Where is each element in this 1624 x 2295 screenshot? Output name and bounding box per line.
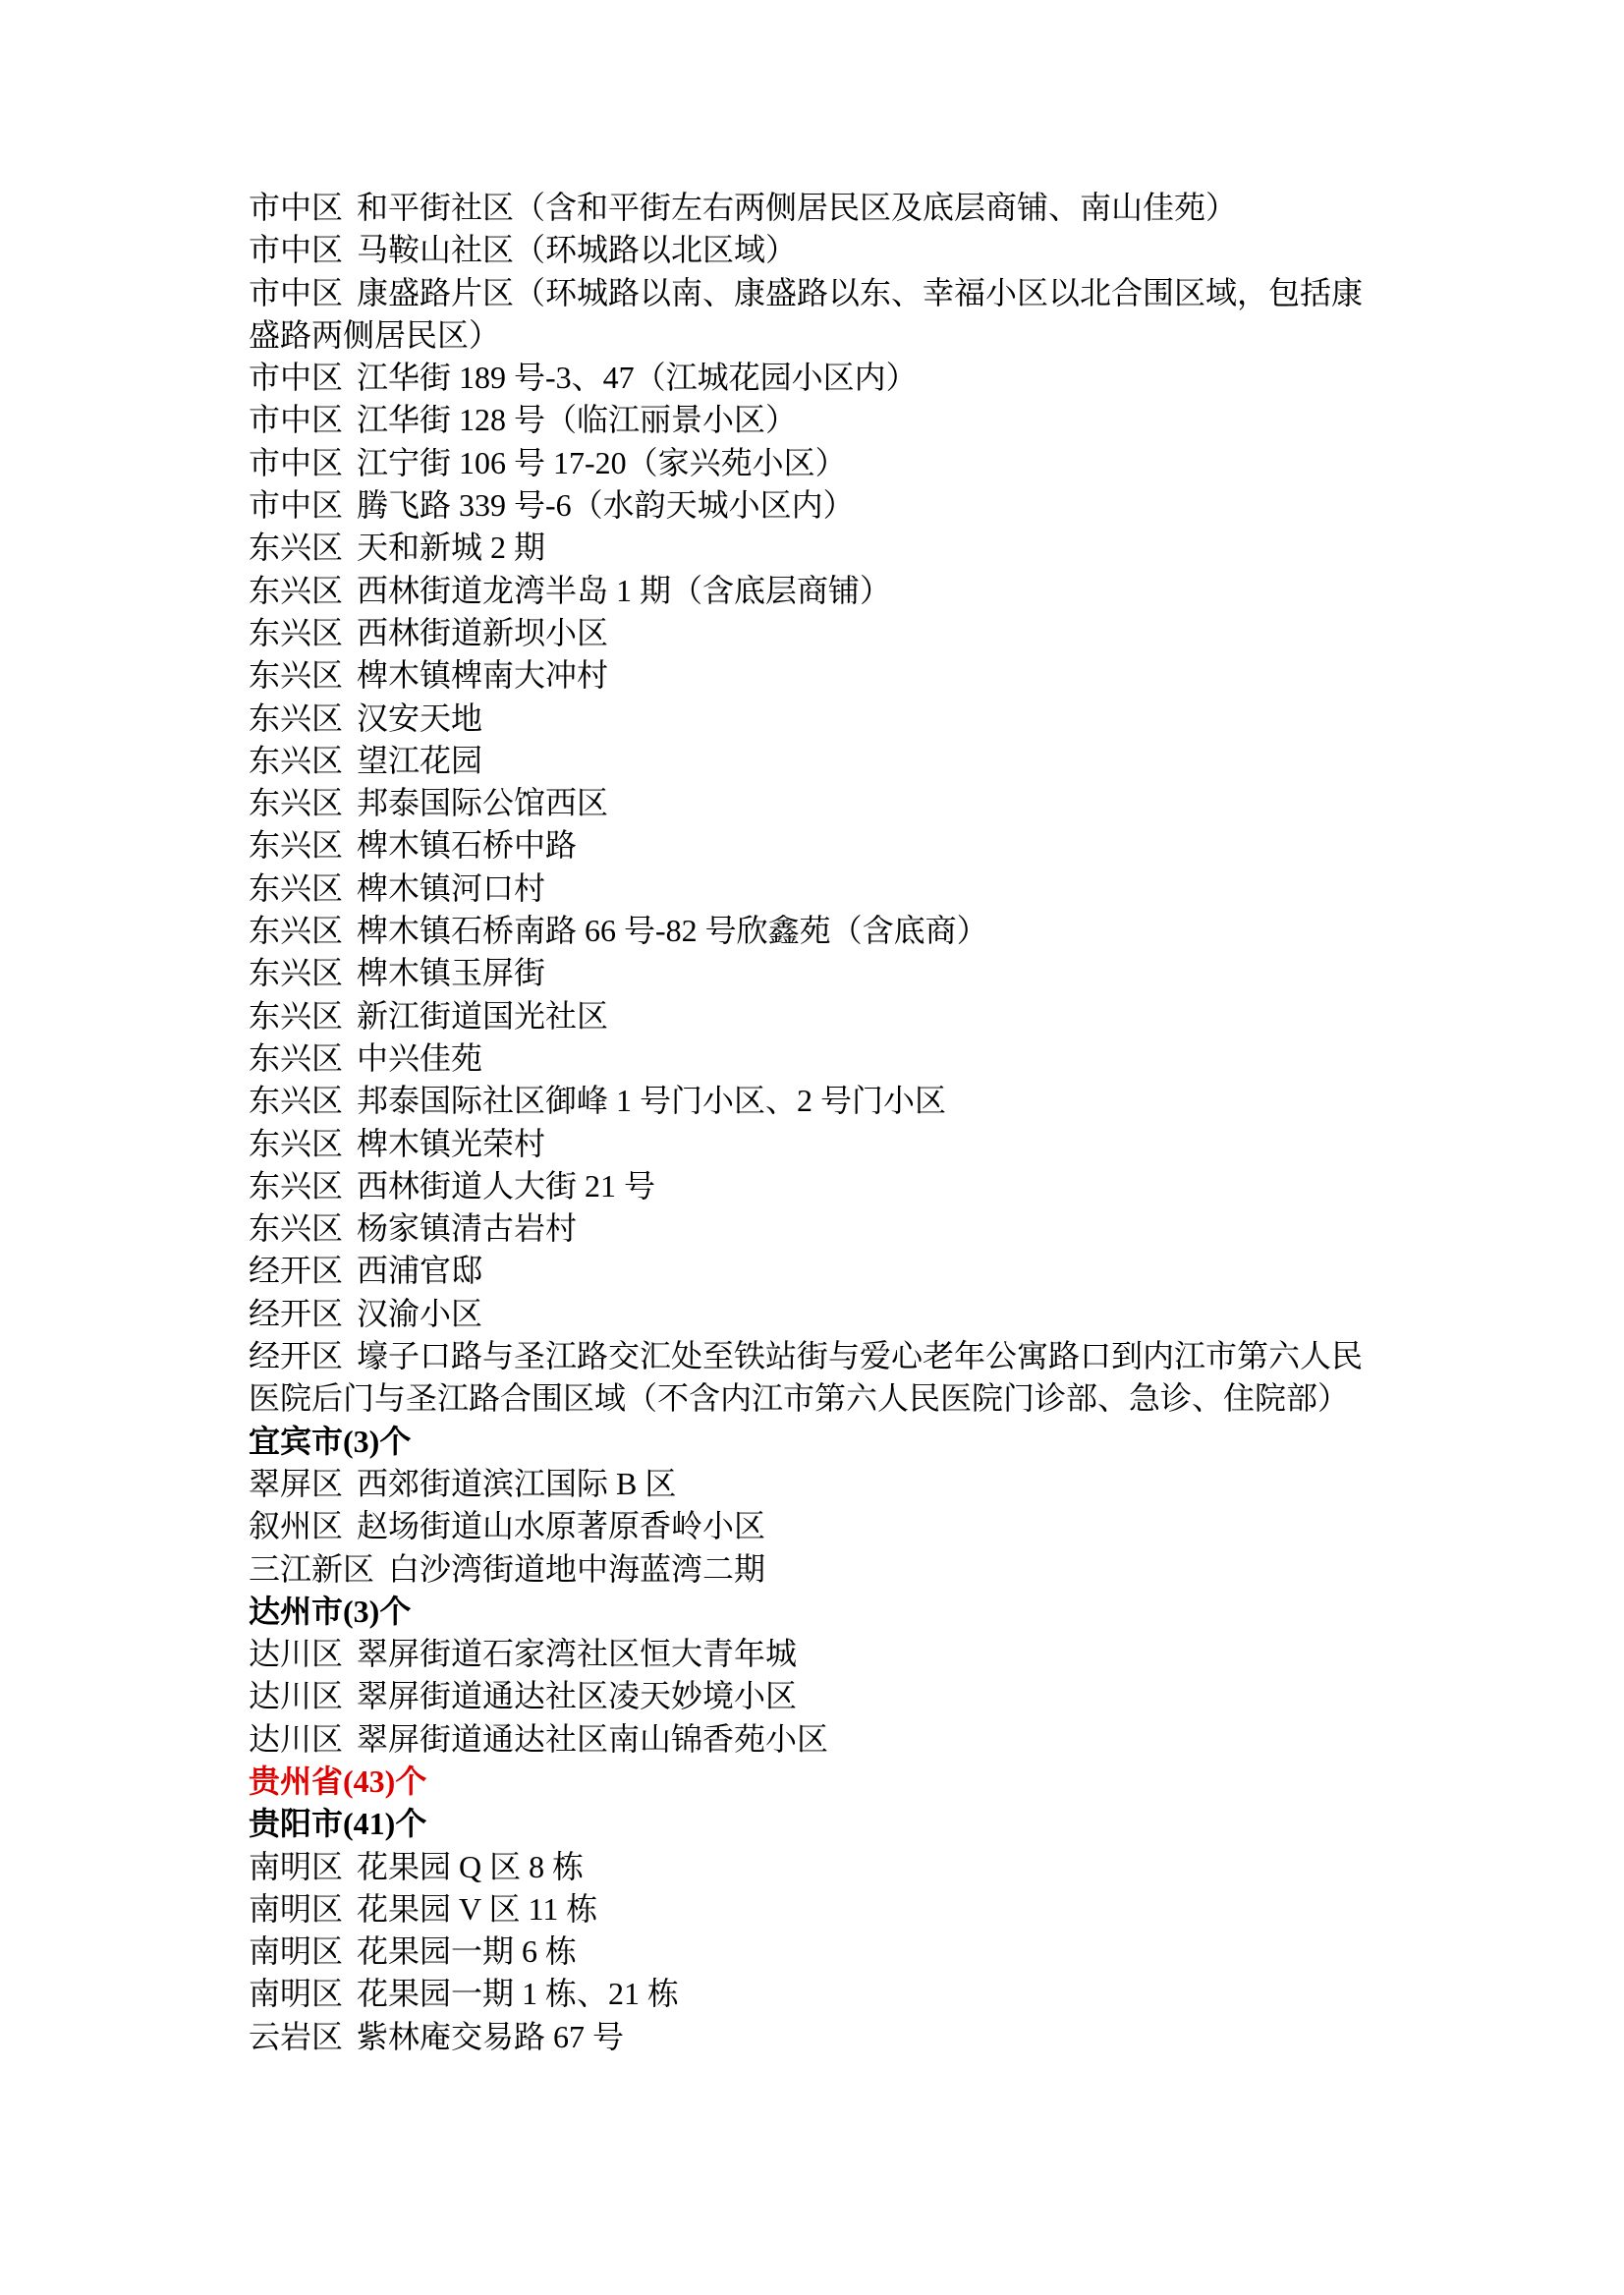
risk-area-entry: 东兴区椑木镇玉屏街 — [249, 952, 1380, 994]
district-name: 东兴区 — [249, 1168, 343, 1203]
risk-area-entry: 东兴区西林街道龙湾半岛 1 期（含底层商铺） — [249, 570, 1380, 612]
district-name: 南明区 — [249, 1849, 343, 1884]
risk-area-entry: 南明区花果园一期 1 栋、21 栋 — [249, 1973, 1380, 2015]
location-text: 椑木镇河口村 — [357, 870, 545, 906]
district-name: 东兴区 — [249, 1040, 343, 1076]
location-text: 赵场街道山水原著原香岭小区 — [357, 1508, 765, 1543]
location-text: 西林街道新坝小区 — [357, 615, 608, 650]
risk-area-entry: 东兴区邦泰国际公馆西区 — [249, 782, 1380, 824]
location-text: 马鞍山社区（环城路以北区域） — [357, 232, 797, 267]
risk-area-entry: 南明区花果园 Q 区 8 栋 — [249, 1846, 1380, 1888]
district-name: 经开区 — [249, 1253, 343, 1288]
location-text: 椑木镇石桥南路 66 号-82 号欣鑫苑（含底商） — [357, 913, 988, 948]
risk-area-entry: 达川区翠屏街道通达社区凌天妙境小区 — [249, 1675, 1380, 1717]
location-text: 椑木镇光荣村 — [357, 1126, 545, 1161]
location-text: 花果园 Q 区 8 栋 — [357, 1849, 584, 1884]
location-text: 汉渝小区 — [357, 1296, 482, 1331]
risk-area-entry: 云岩区紫林庵交易路 67 号 — [249, 2016, 1380, 2058]
risk-area-entry: 经开区汉渝小区 — [249, 1293, 1380, 1335]
location-text: 花果园 V 区 11 栋 — [357, 1891, 597, 1927]
district-name: 东兴区 — [249, 1083, 343, 1118]
location-text: 花果园一期 6 栋 — [357, 1933, 577, 1969]
district-name: 东兴区 — [249, 913, 343, 948]
risk-area-entry: 东兴区杨家镇清古岩村 — [249, 1207, 1380, 1250]
district-name: 市中区 — [249, 190, 343, 225]
district-name: 东兴区 — [249, 573, 343, 608]
risk-area-entry: 东兴区椑木镇石桥中路 — [249, 824, 1380, 867]
risk-area-entry: 经开区壕子口路与圣江路交汇处至铁站街与爱心老年公寓路口到内江市第六人民医院后门与… — [249, 1335, 1380, 1421]
risk-area-entry: 叙州区赵场街道山水原著原香岭小区 — [249, 1505, 1380, 1547]
location-text: 江宁街 106 号 17-20（家兴苑小区） — [357, 445, 847, 480]
province-header: 贵州省(43)个 — [249, 1761, 1380, 1803]
district-name: 东兴区 — [249, 530, 343, 565]
risk-area-entry: 南明区花果园一期 6 栋 — [249, 1931, 1380, 1973]
document-page: 市中区和平街社区（含和平街左右两侧居民区及底层商铺、南山佳苑） 市中区马鞍山社区… — [0, 0, 1624, 2295]
location-text: 望江花园 — [357, 743, 482, 778]
location-text: 椑木镇玉屏街 — [357, 955, 545, 990]
risk-area-entry: 东兴区椑木镇河口村 — [249, 868, 1380, 910]
risk-area-entry: 市中区江华街 128 号（临江丽景小区） — [249, 399, 1380, 441]
district-name: 东兴区 — [249, 998, 343, 1034]
location-text: 邦泰国际公馆西区 — [357, 785, 608, 820]
location-text: 椑木镇椑南大冲村 — [357, 657, 608, 693]
risk-area-entry: 东兴区椑木镇椑南大冲村 — [249, 654, 1380, 697]
risk-area-entry: 东兴区椑木镇光荣村 — [249, 1123, 1380, 1165]
location-text: 杨家镇清古岩村 — [357, 1210, 577, 1246]
district-name: 东兴区 — [249, 870, 343, 906]
risk-area-list: 市中区和平街社区（含和平街左右两侧居民区及底层商铺、南山佳苑） 市中区马鞍山社区… — [249, 187, 1380, 2058]
district-name: 经开区 — [249, 1296, 343, 1331]
district-name: 东兴区 — [249, 955, 343, 990]
risk-area-entry: 东兴区汉安天地 — [249, 698, 1380, 740]
district-name: 市中区 — [249, 275, 343, 310]
district-name: 东兴区 — [249, 743, 343, 778]
location-text: 壕子口路与圣江路交汇处至铁站街与爱心老年公寓路口到内江市第六人民医院后门与圣江路… — [249, 1338, 1363, 1416]
risk-area-entry: 市中区腾飞路 339 号-6（水韵天城小区内） — [249, 484, 1380, 527]
district-name: 市中区 — [249, 232, 343, 267]
risk-area-entry: 达川区翠屏街道通达社区南山锦香苑小区 — [249, 1718, 1380, 1761]
risk-area-entry: 东兴区邦泰国际社区御峰 1 号门小区、2 号门小区 — [249, 1080, 1380, 1122]
risk-area-entry: 东兴区椑木镇石桥南路 66 号-82 号欣鑫苑（含底商） — [249, 910, 1380, 952]
risk-area-entry: 市中区马鞍山社区（环城路以北区域） — [249, 229, 1380, 271]
district-name: 三江新区 — [249, 1551, 374, 1587]
district-name: 东兴区 — [249, 827, 343, 863]
risk-area-entry: 翠屏区西郊街道滨江国际 B 区 — [249, 1463, 1380, 1505]
district-name: 东兴区 — [249, 657, 343, 693]
district-name: 云岩区 — [249, 2019, 343, 2054]
location-text: 紫林庵交易路 67 号 — [357, 2019, 624, 2054]
district-name: 南明区 — [249, 1976, 343, 2011]
location-text: 椑木镇石桥中路 — [357, 827, 577, 863]
location-text: 西郊街道滨江国际 B 区 — [357, 1466, 676, 1501]
district-name: 市中区 — [249, 487, 343, 523]
location-text: 和平街社区（含和平街左右两侧居民区及底层商铺、南山佳苑） — [357, 190, 1237, 225]
risk-area-entry: 市中区康盛路片区（环城路以南、康盛路以东、幸福小区以北合围区域，包括康盛路两侧居… — [249, 272, 1380, 358]
district-name: 东兴区 — [249, 1210, 343, 1246]
location-text: 翠屏街道石家湾社区恒大青年城 — [357, 1636, 797, 1671]
risk-area-entry: 东兴区西林街道新坝小区 — [249, 612, 1380, 654]
district-name: 市中区 — [249, 360, 343, 395]
risk-area-entry: 东兴区西林街道人大街 21 号 — [249, 1165, 1380, 1207]
risk-area-entry: 东兴区新江街道国光社区 — [249, 995, 1380, 1037]
city-header: 达州市(3)个 — [249, 1591, 1380, 1633]
location-text: 腾飞路 339 号-6（水韵天城小区内） — [357, 487, 855, 523]
risk-area-entry: 东兴区望江花园 — [249, 740, 1380, 782]
location-text: 邦泰国际社区御峰 1 号门小区、2 号门小区 — [357, 1083, 946, 1118]
district-name: 叙州区 — [249, 1508, 343, 1543]
location-text: 天和新城 2 期 — [357, 530, 545, 565]
risk-area-entry: 达川区翠屏街道石家湾社区恒大青年城 — [249, 1633, 1380, 1675]
city-header: 贵阳市(41)个 — [249, 1803, 1380, 1845]
location-text: 江华街 189 号-3、47（江城花园小区内） — [357, 360, 918, 395]
district-name: 南明区 — [249, 1891, 343, 1927]
city-header: 宜宾市(3)个 — [249, 1421, 1380, 1463]
district-name: 东兴区 — [249, 1126, 343, 1161]
district-name: 达川区 — [249, 1636, 343, 1671]
risk-area-entry: 经开区西浦官邸 — [249, 1250, 1380, 1292]
location-text: 翠屏街道通达社区凌天妙境小区 — [357, 1678, 797, 1713]
location-text: 翠屏街道通达社区南山锦香苑小区 — [357, 1721, 828, 1757]
location-text: 康盛路片区（环城路以南、康盛路以东、幸福小区以北合围区域，包括康盛路两侧居民区） — [249, 275, 1363, 353]
district-name: 东兴区 — [249, 615, 343, 650]
risk-area-entry: 市中区江宁街 106 号 17-20（家兴苑小区） — [249, 442, 1380, 484]
risk-area-entry: 南明区花果园 V 区 11 栋 — [249, 1888, 1380, 1931]
location-text: 西林街道人大街 21 号 — [357, 1168, 655, 1203]
district-name: 东兴区 — [249, 785, 343, 820]
location-text: 汉安天地 — [357, 700, 482, 736]
location-text: 白沙湾街道地中海蓝湾二期 — [388, 1551, 765, 1587]
district-name: 市中区 — [249, 445, 343, 480]
location-text: 花果园一期 1 栋、21 栋 — [357, 1976, 679, 2011]
location-text: 西浦官邸 — [357, 1253, 482, 1288]
risk-area-entry: 市中区江华街 189 号-3、47（江城花园小区内） — [249, 357, 1380, 399]
location-text: 中兴佳苑 — [357, 1040, 482, 1076]
district-name: 达川区 — [249, 1678, 343, 1713]
district-name: 达川区 — [249, 1721, 343, 1757]
district-name: 南明区 — [249, 1933, 343, 1969]
risk-area-entry: 东兴区天和新城 2 期 — [249, 527, 1380, 569]
risk-area-entry: 市中区和平街社区（含和平街左右两侧居民区及底层商铺、南山佳苑） — [249, 187, 1380, 229]
district-name: 市中区 — [249, 402, 343, 437]
district-name: 经开区 — [249, 1338, 343, 1373]
risk-area-entry: 三江新区白沙湾街道地中海蓝湾二期 — [249, 1548, 1380, 1591]
district-name: 东兴区 — [249, 700, 343, 736]
location-text: 江华街 128 号（临江丽景小区） — [357, 402, 797, 437]
location-text: 西林街道龙湾半岛 1 期（含底层商铺） — [357, 573, 891, 608]
district-name: 翠屏区 — [249, 1466, 343, 1501]
risk-area-entry: 东兴区中兴佳苑 — [249, 1037, 1380, 1080]
location-text: 新江街道国光社区 — [357, 998, 608, 1034]
